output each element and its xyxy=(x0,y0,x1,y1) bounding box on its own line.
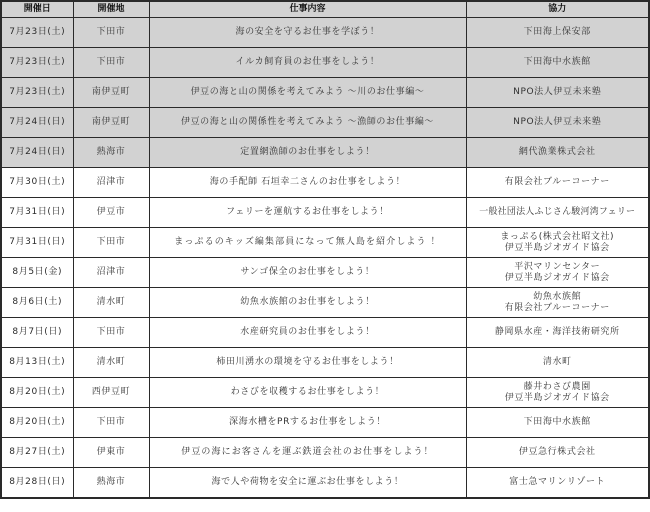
cell-cooperation: まっぷる(株式会社昭文社)伊豆半島ジオガイド協会 xyxy=(466,228,649,258)
cooperation-line: 平沢マリンセンター xyxy=(469,262,647,273)
cell-cooperation: NPO法人伊豆未来塾 xyxy=(466,78,649,108)
table-row: 8月6日(土) 清水町 幼魚水族館のお仕事をしよう！ 幼魚水族館有限会社ブルーコ… xyxy=(1,288,649,318)
cell-cooperation: 網代漁業株式会社 xyxy=(466,138,649,168)
cooperation-line: 富士急マリンリゾート xyxy=(469,477,647,488)
table-row: 8月5日(金) 沼津市 サンゴ保全のお仕事をしよう！ 平沢マリンセンター伊豆半島… xyxy=(1,258,649,288)
cell-cooperation: 伊豆急行株式会社 xyxy=(466,438,649,468)
cell-cooperation: 平沢マリンセンター伊豆半島ジオガイド協会 xyxy=(466,258,649,288)
cell-date: 8月27日(土) xyxy=(1,438,73,468)
cell-date: 8月7日(日) xyxy=(1,318,73,348)
cell-cooperation: 一般社団法人ふじさん駿河湾フェリー xyxy=(466,198,649,228)
table-row: 8月27日(土) 伊東市 伊豆の海にお客さんを運ぶ鉄道会社のお仕事をしよう！ 伊… xyxy=(1,438,649,468)
cell-date: 8月6日(土) xyxy=(1,288,73,318)
cell-place: 南伊豆町 xyxy=(73,108,149,138)
table-body: 7月23日(土) 下田市 海の安全を守るお仕事を学ぼう！ 下田海上保安部 7月2… xyxy=(1,18,649,499)
header-date: 開催日 xyxy=(1,1,73,18)
cell-place: 沼津市 xyxy=(73,168,149,198)
cooperation-line: 下田海上保安部 xyxy=(469,27,647,38)
cell-content: 柿田川湧水の環境を守るお仕事をしよう！ xyxy=(149,348,466,378)
cell-place: 下田市 xyxy=(73,18,149,48)
table-row: 8月7日(日) 下田市 水産研究員のお仕事をしよう！ 静岡県水産・海洋技術研究所 xyxy=(1,318,649,348)
table-row: 7月31日(日) 伊豆市 フェリーを運航するお仕事をしよう！ 一般社団法人ふじさ… xyxy=(1,198,649,228)
cooperation-line: 一般社団法人ふじさん駿河湾フェリー xyxy=(469,207,647,218)
cell-date: 8月20日(土) xyxy=(1,378,73,408)
cell-place: 西伊豆町 xyxy=(73,378,149,408)
cell-content: 水産研究員のお仕事をしよう！ xyxy=(149,318,466,348)
event-schedule-table: 開催日 開催地 仕事内容 協力 7月23日(土) 下田市 海の安全を守るお仕事を… xyxy=(0,0,650,499)
cell-place: 下田市 xyxy=(73,48,149,78)
table-row: 7月31日(日) 下田市 まっぷるのキッズ編集部員になって無人島を紹介しよう ！… xyxy=(1,228,649,258)
cell-date: 7月23日(土) xyxy=(1,48,73,78)
cell-date: 7月24日(日) xyxy=(1,138,73,168)
cell-content: 深海水槽をPRするお仕事をしよう！ xyxy=(149,408,466,438)
header-row: 開催日 開催地 仕事内容 協力 xyxy=(1,1,649,18)
cell-cooperation: 下田海上保安部 xyxy=(466,18,649,48)
header-place: 開催地 xyxy=(73,1,149,18)
cell-content: 幼魚水族館のお仕事をしよう！ xyxy=(149,288,466,318)
cell-place: 下田市 xyxy=(73,228,149,258)
cell-place: 伊東市 xyxy=(73,438,149,468)
cell-content: まっぷるのキッズ編集部員になって無人島を紹介しよう ！ xyxy=(149,228,466,258)
cooperation-line: 有限会社ブルーコーナー xyxy=(469,177,647,188)
cell-content: イルカ飼育員のお仕事をしよう！ xyxy=(149,48,466,78)
cell-place: 清水町 xyxy=(73,348,149,378)
cell-cooperation: 幼魚水族館有限会社ブルーコーナー xyxy=(466,288,649,318)
cell-content: 海の手配師 石垣幸二さんのお仕事をしよう！ xyxy=(149,168,466,198)
cell-cooperation: 静岡県水産・海洋技術研究所 xyxy=(466,318,649,348)
cooperation-line: 伊豆半島ジオガイド協会 xyxy=(469,243,647,254)
cell-cooperation: 藤井わさび農園伊豆半島ジオガイド協会 xyxy=(466,378,649,408)
cell-date: 8月28日(日) xyxy=(1,468,73,499)
cell-place: 熱海市 xyxy=(73,468,149,499)
table-row: 8月20日(土) 西伊豆町 わさびを収穫するお仕事をしよう！ 藤井わさび農園伊豆… xyxy=(1,378,649,408)
cell-place: 清水町 xyxy=(73,288,149,318)
cooperation-line: 清水町 xyxy=(469,357,647,368)
cell-cooperation: 清水町 xyxy=(466,348,649,378)
cooperation-line: 幼魚水族館 xyxy=(469,292,647,303)
cell-cooperation: 有限会社ブルーコーナー xyxy=(466,168,649,198)
cell-content: フェリーを運航するお仕事をしよう！ xyxy=(149,198,466,228)
table-row: 7月30日(土) 沼津市 海の手配師 石垣幸二さんのお仕事をしよう！ 有限会社ブ… xyxy=(1,168,649,198)
cell-cooperation: NPO法人伊豆未来塾 xyxy=(466,108,649,138)
cooperation-line: 藤井わさび農園 xyxy=(469,382,647,393)
cooperation-line: 伊豆半島ジオガイド協会 xyxy=(469,393,647,404)
cooperation-line: 静岡県水産・海洋技術研究所 xyxy=(469,327,647,338)
table-row: 7月23日(土) 下田市 イルカ飼育員のお仕事をしよう！ 下田海中水族館 xyxy=(1,48,649,78)
cell-date: 8月5日(金) xyxy=(1,258,73,288)
cell-date: 7月24日(日) xyxy=(1,108,73,138)
cell-place: 下田市 xyxy=(73,318,149,348)
cooperation-line: 伊豆半島ジオガイド協会 xyxy=(469,273,647,284)
cell-content: サンゴ保全のお仕事をしよう！ xyxy=(149,258,466,288)
cell-content: 伊豆の海にお客さんを運ぶ鉄道会社のお仕事をしよう！ xyxy=(149,438,466,468)
cell-place: 沼津市 xyxy=(73,258,149,288)
cell-date: 7月30日(土) xyxy=(1,168,73,198)
cell-cooperation: 下田海中水族館 xyxy=(466,408,649,438)
table-row: 8月20日(土) 下田市 深海水槽をPRするお仕事をしよう！ 下田海中水族館 xyxy=(1,408,649,438)
cell-date: 7月23日(土) xyxy=(1,18,73,48)
cell-place: 伊豆市 xyxy=(73,198,149,228)
cell-content: わさびを収穫するお仕事をしよう！ xyxy=(149,378,466,408)
table-row: 7月23日(土) 南伊豆町 伊豆の海と山の関係を考えてみよう ～川のお仕事編～ … xyxy=(1,78,649,108)
cooperation-line: 網代漁業株式会社 xyxy=(469,147,647,158)
cell-content: 伊豆の海と山の関係性を考えてみよう ～漁師のお仕事編～ xyxy=(149,108,466,138)
header-cooperation: 協力 xyxy=(466,1,649,18)
header-content: 仕事内容 xyxy=(149,1,466,18)
cooperation-line: 伊豆急行株式会社 xyxy=(469,447,647,458)
cell-date: 7月31日(日) xyxy=(1,228,73,258)
cell-content: 海の安全を守るお仕事を学ぼう！ xyxy=(149,18,466,48)
table-row: 7月23日(土) 下田市 海の安全を守るお仕事を学ぼう！ 下田海上保安部 xyxy=(1,18,649,48)
cell-content: 伊豆の海と山の関係を考えてみよう ～川のお仕事編～ xyxy=(149,78,466,108)
cell-cooperation: 富士急マリンリゾート xyxy=(466,468,649,499)
cell-date: 8月20日(土) xyxy=(1,408,73,438)
cooperation-line: NPO法人伊豆未来塾 xyxy=(469,117,647,128)
cooperation-line: NPO法人伊豆未来塾 xyxy=(469,87,647,98)
cell-content: 定置網漁師のお仕事をしよう！ xyxy=(149,138,466,168)
cell-place: 南伊豆町 xyxy=(73,78,149,108)
cell-place: 下田市 xyxy=(73,408,149,438)
cooperation-line: まっぷる(株式会社昭文社) xyxy=(469,232,647,243)
table-row: 7月24日(日) 南伊豆町 伊豆の海と山の関係性を考えてみよう ～漁師のお仕事編… xyxy=(1,108,649,138)
table-row: 8月28日(日) 熱海市 海で人や荷物を安全に運ぶお仕事をしよう！ 富士急マリン… xyxy=(1,468,649,499)
cell-place: 熱海市 xyxy=(73,138,149,168)
cell-date: 7月31日(日) xyxy=(1,198,73,228)
table-row: 7月24日(日) 熱海市 定置網漁師のお仕事をしよう！ 網代漁業株式会社 xyxy=(1,138,649,168)
cell-date: 8月13日(土) xyxy=(1,348,73,378)
cell-date: 7月23日(土) xyxy=(1,78,73,108)
table-row: 8月13日(土) 清水町 柿田川湧水の環境を守るお仕事をしよう！ 清水町 xyxy=(1,348,649,378)
cooperation-line: 下田海中水族館 xyxy=(469,57,647,68)
cooperation-line: 有限会社ブルーコーナー xyxy=(469,303,647,314)
cooperation-line: 下田海中水族館 xyxy=(469,417,647,428)
cell-content: 海で人や荷物を安全に運ぶお仕事をしよう！ xyxy=(149,468,466,499)
cell-cooperation: 下田海中水族館 xyxy=(466,48,649,78)
